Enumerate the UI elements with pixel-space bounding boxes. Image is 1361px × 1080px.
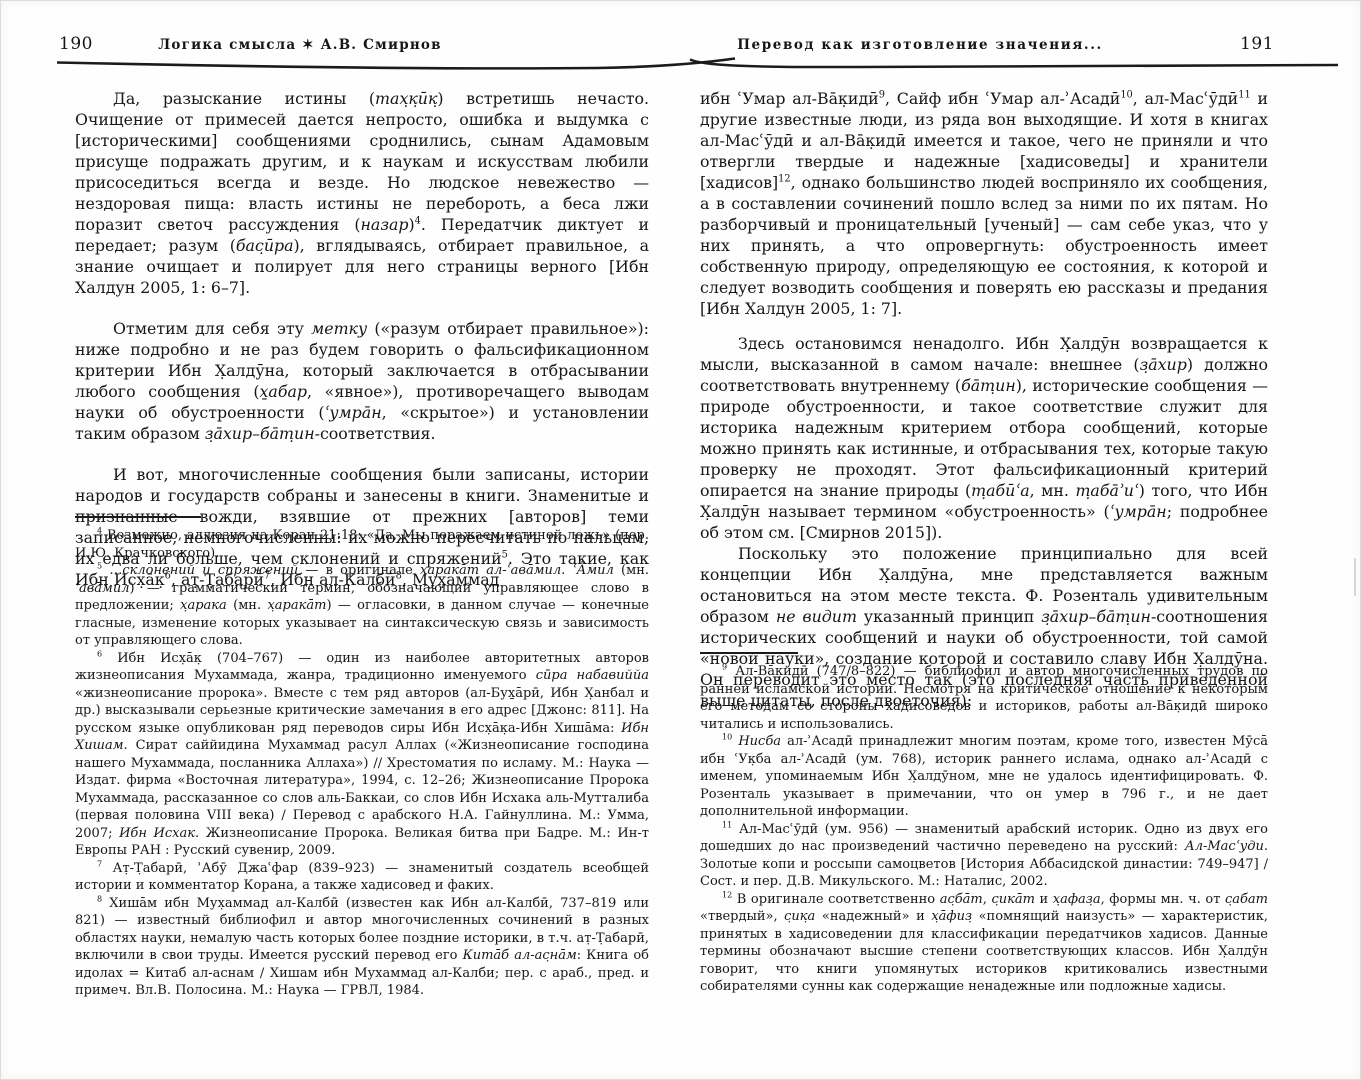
footnote-list-left: 4 Возможно, аллюзия на Коран 21:18: «Да,… bbox=[75, 527, 649, 1000]
paragraph: Да, разыскание истины (тах̣к̣ӣк̣) встрет… bbox=[75, 88, 649, 298]
footnotes-right: 9 Ал-Ва̄к̣идӣ (747/8–822) — библиофил и … bbox=[700, 652, 1268, 996]
running-title-left: Логика смысла ✶ А.В. Смирнов bbox=[158, 37, 441, 53]
paragraph: Отметим для себя эту метку («разум отбир… bbox=[75, 318, 649, 444]
running-header-left: 190 Логика смысла ✶ А.В. Смирнов bbox=[75, 36, 649, 58]
footnote-list-right: 9 Ал-Ва̄к̣идӣ (747/8–822) — библиофил и … bbox=[700, 663, 1268, 996]
footnote: 9 Ал-Ва̄к̣идӣ (747/8–822) — библиофил и … bbox=[700, 663, 1268, 733]
footnote: 7 Ат̣-Т̣абарӣ, ʾАбӯ Джаʿфар (839–923) — … bbox=[75, 860, 649, 895]
scan-artifact bbox=[1354, 558, 1356, 596]
footnote: 12 В оригинале соответственно ас̣ба̄т, с… bbox=[700, 891, 1268, 996]
footnote: 6 Ибн Исх̣а̄к̣ (704–767) — один из наибо… bbox=[75, 650, 649, 860]
page-number-right: 191 bbox=[1240, 34, 1274, 54]
page-190: 190 Логика смысла ✶ А.В. Смирнов Да, раз… bbox=[75, 0, 649, 1080]
body-text-right: ибн ʿУмар ал-Ва̄к̣идӣ9, Сайф ибн ʿУмар а… bbox=[700, 88, 1268, 711]
header-rule-left bbox=[57, 57, 739, 75]
paragraph: ибн ʿУмар ал-Ва̄к̣идӣ9, Сайф ибн ʿУмар а… bbox=[700, 88, 1268, 319]
header-rule-right bbox=[688, 57, 1340, 73]
book-spread-scan: 190 Логика смысла ✶ А.В. Смирнов Да, раз… bbox=[0, 0, 1361, 1080]
running-title-right: Перевод как изготовление значения... bbox=[737, 37, 1103, 53]
footnote: 5 …склонений и спряжений — в оригинале х… bbox=[75, 562, 649, 650]
footnote-separator-left bbox=[75, 516, 201, 518]
running-header-right: Перевод как изготовление значения... 191 bbox=[700, 36, 1268, 58]
footnote-separator-right bbox=[700, 652, 798, 654]
footnote: 11 Ал-Масʿӯдӣ (ум. 956) — знаменитый ара… bbox=[700, 821, 1268, 891]
footnote: 4 Возможно, аллюзия на Коран 21:18: «Да,… bbox=[75, 527, 649, 562]
footnote: 10 Нисба ал-ʾАсадӣ принадлежит многим по… bbox=[700, 733, 1268, 821]
footnotes-left: 4 Возможно, аллюзия на Коран 21:18: «Да,… bbox=[75, 516, 649, 1000]
page-191: Перевод как изготовление значения... 191… bbox=[700, 0, 1268, 1080]
paragraph: Здесь остановимся ненадолго. Ибн Х̣алдӯн… bbox=[700, 333, 1268, 543]
footnote: 8 Хиша̄м ибн Мух̣аммад ал-Калбӣ (известе… bbox=[75, 895, 649, 1000]
page-number-left: 190 bbox=[59, 34, 93, 54]
